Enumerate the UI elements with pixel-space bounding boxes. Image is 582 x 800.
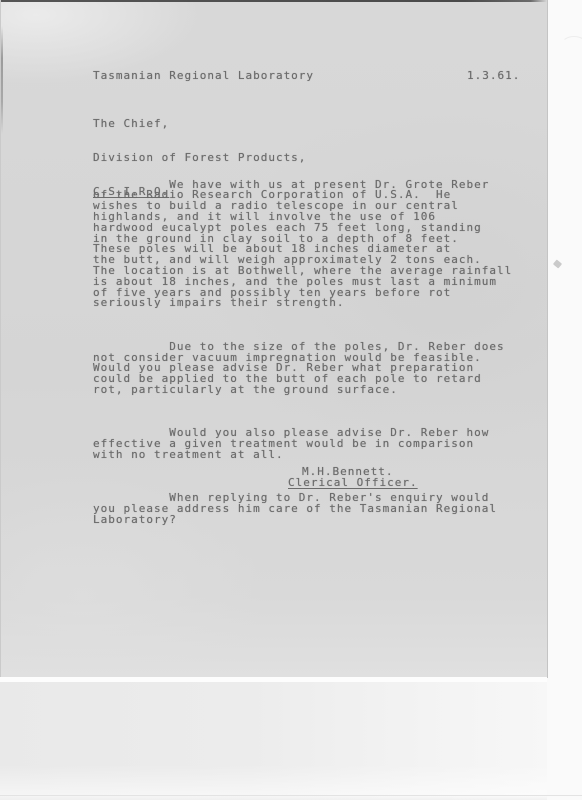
scan-artifact-curve [561,36,582,54]
scan-artifact-speck [553,259,562,268]
letterhead-org: Tasmanian Regional Laboratory [93,71,314,82]
scan-edge-top [1,0,547,2]
paragraph-effectiveness-question: Would you also please advise Dr. Reber h… [93,428,512,460]
letter-date: 1.3.61. [467,71,520,82]
paragraph-treatment-question: Due to the size of the poles, Dr. Reber … [93,342,512,396]
scan-bottom-edge [0,795,582,796]
signature-title: Clerical Officer. [288,478,418,489]
scan-lower-sheet [0,682,547,800]
scanned-letter-page: Tasmanian Regional Laboratory 1.3.61. Th… [0,0,582,800]
letter-paper: Tasmanian Regional Laboratory 1.3.61. Th… [0,0,548,678]
paragraph-reply-address: When replying to Dr. Reber's enquiry wou… [93,493,512,525]
paragraph-intro: We have with us at present Dr. Grote Reb… [93,180,512,310]
scan-edge-left-artifact [1,26,3,134]
recipient-line-chief: The Chief, [93,118,306,129]
